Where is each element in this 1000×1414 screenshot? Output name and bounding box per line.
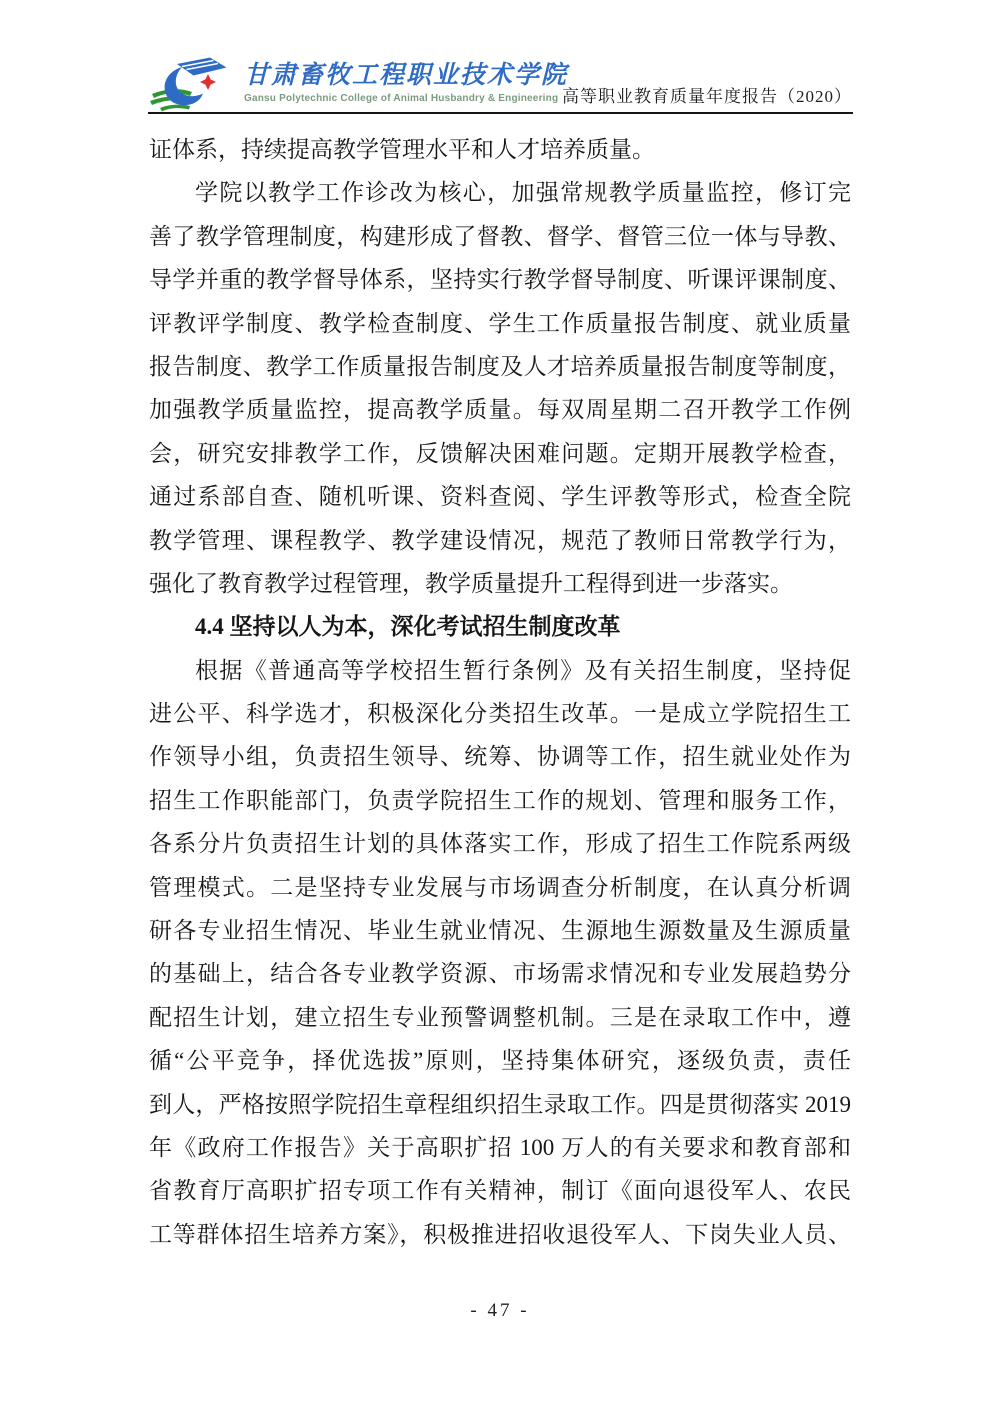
text-line: 省教育厅高职扩招专项工作有关精神，制订《面向退役军人、农民 xyxy=(149,1169,851,1212)
text-line: 加强教学质量监控，提高教学质量。每双周星期二召开教学工作例 xyxy=(149,388,851,431)
text-line: 报告制度、教学工作质量报告制度及人才培养质量报告制度等制度， xyxy=(149,345,851,388)
text-line: 的基础上，结合各专业教学资源、市场需求情况和专业发展趋势分 xyxy=(149,952,851,995)
page-number: - 47 - xyxy=(0,1300,1000,1322)
text-line: 评教评学制度、教学检查制度、学生工作质量报告制度、就业质量 xyxy=(149,302,851,345)
college-name-zh: 甘肃畜牧工程职业技术学院 xyxy=(244,60,568,90)
text-line: 通过系部自查、随机听课、资料查阅、学生评教等形式，检查全院 xyxy=(149,475,851,518)
text-line: 教学管理、课程教学、教学建设情况，规范了教师日常教学行为， xyxy=(149,519,851,562)
text-line: 招生工作职能部门，负责学院招生工作的规划、管理和服务工作， xyxy=(149,779,851,822)
college-names: 甘肃畜牧工程职业技术学院 Gansu Polytechnic College o… xyxy=(244,54,568,104)
text-line: 证体系，持续提高教学管理水平和人才培养质量。 xyxy=(149,128,851,171)
section-heading: 4.4 坚持以人为本，深化考试招生制度改革 xyxy=(149,605,851,648)
document-body: 证体系，持续提高教学管理水平和人才培养质量。学院以教学工作诊改为核心，加强常规教… xyxy=(149,128,851,1256)
text-line: 研各专业招生情况、毕业生就业情况、生源地生源数量及生源质量 xyxy=(149,909,851,952)
college-logo: 甘肃畜牧工程职业技术学院 Gansu Polytechnic College o… xyxy=(148,54,568,114)
text-line: 管理模式。二是坚持专业发展与市场调查分析制度，在认真分析调 xyxy=(149,866,851,909)
text-line: 进公平、科学选才，积极深化分类招生改革。一是成立学院招生工 xyxy=(149,692,851,735)
text-line: 到人，严格按照学院招生章程组织招生录取工作。四是贯彻落实 2019 xyxy=(149,1083,851,1126)
text-line: 学院以教学工作诊改为核心，加强常规教学质量监控，修订完 xyxy=(149,171,851,214)
text-line: 作领导小组，负责招生领导、统筹、协调等工作，招生就业处作为 xyxy=(149,735,851,778)
text-line: 年《政府工作报告》关于高职扩招 100 万人的有关要求和教育部和 xyxy=(149,1126,851,1169)
text-line: 会，研究安排教学工作，反馈解决困难问题。定期开展教学检查， xyxy=(149,432,851,475)
text-line: 工等群体招生培养方案》，积极推进招收退役军人、下岗失业人员、 xyxy=(149,1213,851,1256)
text-line: 善了教学管理制度，构建形成了督教、督学、督管三位一体与导教、 xyxy=(149,215,851,258)
text-line: 循“公平竞争，择优选拔”原则，坚持集体研究，逐级负责，责任 xyxy=(149,1039,851,1082)
text-line: 强化了教育教学过程管理，教学质量提升工程得到进一步落实。 xyxy=(149,562,851,605)
header-rule xyxy=(148,112,853,114)
text-line: 根据《普通高等学校招生暂行条例》及有关招生制度，坚持促 xyxy=(149,649,851,692)
college-emblem-icon xyxy=(148,54,240,114)
text-line: 各系分片负责招生计划的具体落实工作，形成了招生工作院系两级 xyxy=(149,822,851,865)
document-page: 甘肃畜牧工程职业技术学院 Gansu Polytechnic College o… xyxy=(0,0,1000,1414)
college-name-en: Gansu Polytechnic College of Animal Husb… xyxy=(244,93,568,104)
report-title: 高等职业教育质量年度报告（2020） xyxy=(562,82,852,107)
text-line: 导学并重的教学督导体系，坚持实行教学督导制度、听课评课制度、 xyxy=(149,258,851,301)
text-line: 配招生计划，建立招生专业预警调整机制。三是在录取工作中，遵 xyxy=(149,996,851,1039)
